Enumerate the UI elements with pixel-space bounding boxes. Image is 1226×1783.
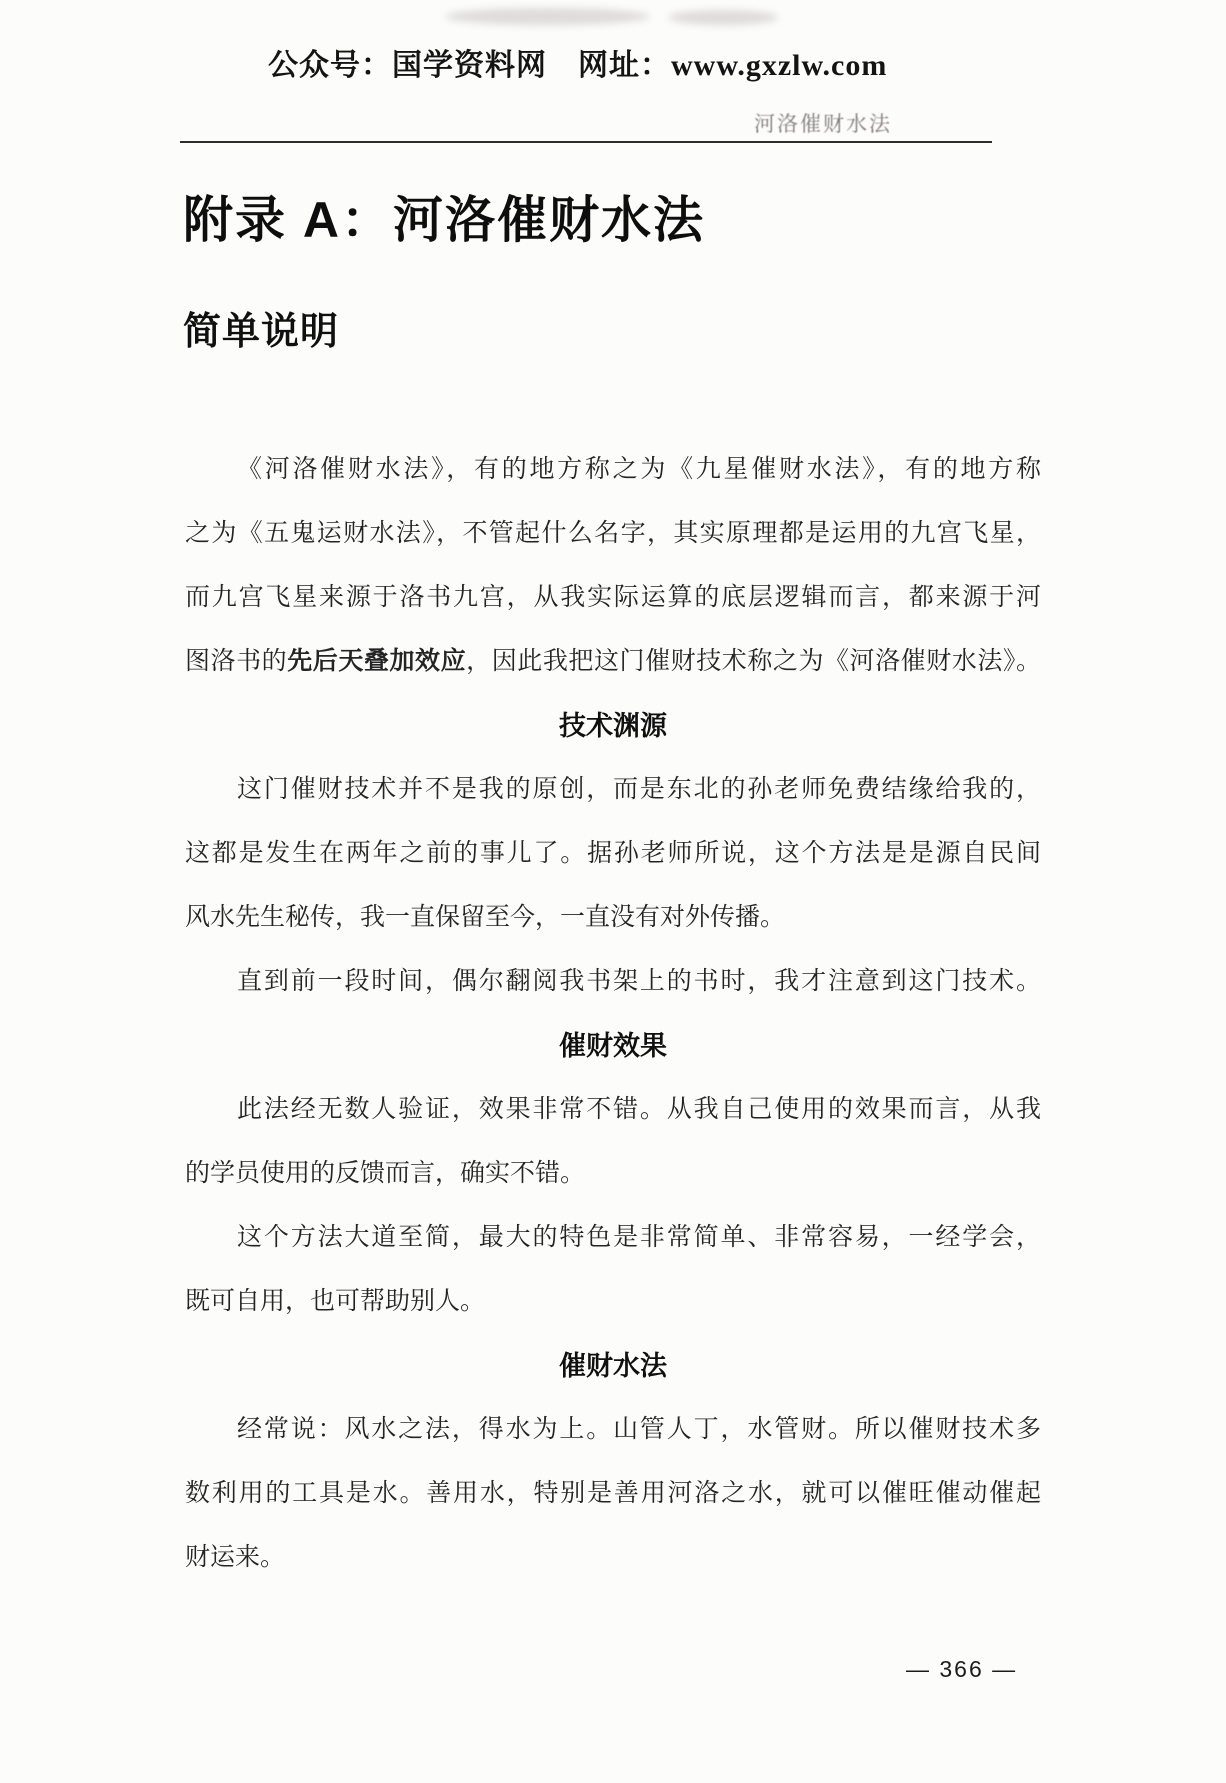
- body-line: 风水先生秘传，我一直保留至今，一直没有对外传播。: [185, 886, 1041, 950]
- body-line: 经常说：风水之法，得水为上。山管人丁，水管财。所以催财技术多: [185, 1398, 1041, 1462]
- page-number: — 366 —: [906, 1656, 1017, 1683]
- body-text: 直到前一段时间，偶尔翻阅我书架上的书时，我才注意到这门技术。: [237, 968, 1041, 995]
- body-line: 此法经无数人验证，效果非常不错。从我自己使用的效果而言，从我: [185, 1078, 1041, 1142]
- sub-heading: 催财水法: [185, 1334, 1041, 1398]
- body-text: 既可自用，也可帮助别人。: [185, 1288, 485, 1315]
- body-text: ，因此我把这门催财技术称之为《河洛催财水法》。: [466, 648, 1041, 675]
- scan-artifact: [668, 10, 778, 25]
- body-line: 《河洛催财水法》，有的地方称之为《九星催财水法》，有的地方称: [185, 438, 1041, 502]
- page-title: 附录 A：河洛催财水法: [183, 180, 705, 252]
- body-text: 这个方法大道至简，最大的特色是非常简单、非常容易，一经学会，: [237, 1224, 1041, 1251]
- body-line: 数利用的工具是水。善用水，特别是善用河洛之水，就可以催旺催动催起: [185, 1462, 1041, 1526]
- body-line: 财运来。: [185, 1526, 1041, 1590]
- scan-artifact: [445, 8, 650, 25]
- body-line: 的学员使用的反馈而言，确实不错。: [185, 1142, 1041, 1206]
- body-line: 既可自用，也可帮助别人。: [185, 1270, 1041, 1334]
- body-text: 经常说：风水之法，得水为上。山管人丁，水管财。所以催财技术多: [237, 1416, 1041, 1443]
- body-line: 图洛书的先后天叠加效应，因此我把这门催财技术称之为《河洛催财水法》。: [185, 630, 1041, 694]
- body-text: 《河洛催财水法》，有的地方称之为《九星催财水法》，有的地方称: [237, 456, 1041, 483]
- promo-header: 公众号：国学资料网 网址：www.gxzlw.com: [268, 40, 887, 84]
- body-line: 直到前一段时间，偶尔翻阅我书架上的书时，我才注意到这门技术。: [185, 950, 1041, 1014]
- running-header: 河洛催财水法: [754, 108, 892, 138]
- body-text: 的学员使用的反馈而言，确实不错。: [185, 1160, 585, 1187]
- body-line: 这个方法大道至简，最大的特色是非常简单、非常容易，一经学会，: [185, 1206, 1041, 1270]
- document-page: 公众号：国学资料网 网址：www.gxzlw.com 河洛催财水法 附录 A：河…: [0, 0, 1226, 1783]
- sub-heading: 催财效果: [185, 1014, 1041, 1078]
- body-text: 此法经无数人验证，效果非常不错。从我自己使用的效果而言，从我: [237, 1096, 1041, 1123]
- body-text: 这门催财技术并不是我的原创，而是东北的孙老师免费结缘给我的，: [237, 776, 1041, 803]
- section-heading: 简单说明: [183, 300, 339, 355]
- body-content: 《河洛催财水法》，有的地方称之为《九星催财水法》，有的地方称之为《五鬼运财水法》…: [185, 438, 1041, 1590]
- body-line: 之为《五鬼运财水法》，不管起什么名字，其实原理都是运用的九宫飞星，: [185, 502, 1041, 566]
- body-text: 之为《五鬼运财水法》，不管起什么名字，其实原理都是运用的九宫飞星，: [185, 520, 1041, 547]
- sub-heading: 技术渊源: [185, 694, 1041, 758]
- header-rule: [180, 141, 992, 143]
- body-line: 而九宫飞星来源于洛书九宫，从我实际运算的底层逻辑而言，都来源于河: [185, 566, 1041, 630]
- body-text: 而九宫飞星来源于洛书九宫，从我实际运算的底层逻辑而言，都来源于河: [185, 584, 1041, 611]
- emphasis-text: 先后天叠加效应: [287, 648, 466, 675]
- body-text: 这都是发生在两年之前的事儿了。据孙老师所说，这个方法是是源自民间: [185, 840, 1041, 867]
- body-text: 财运来。: [185, 1544, 285, 1571]
- body-line: 这门催财技术并不是我的原创，而是东北的孙老师免费结缘给我的，: [185, 758, 1041, 822]
- body-text: 数利用的工具是水。善用水，特别是善用河洛之水，就可以催旺催动催起: [185, 1480, 1041, 1507]
- body-text: 图洛书的: [185, 648, 287, 675]
- body-text: 风水先生秘传，我一直保留至今，一直没有对外传播。: [185, 904, 785, 931]
- body-line: 这都是发生在两年之前的事儿了。据孙老师所说，这个方法是是源自民间: [185, 822, 1041, 886]
